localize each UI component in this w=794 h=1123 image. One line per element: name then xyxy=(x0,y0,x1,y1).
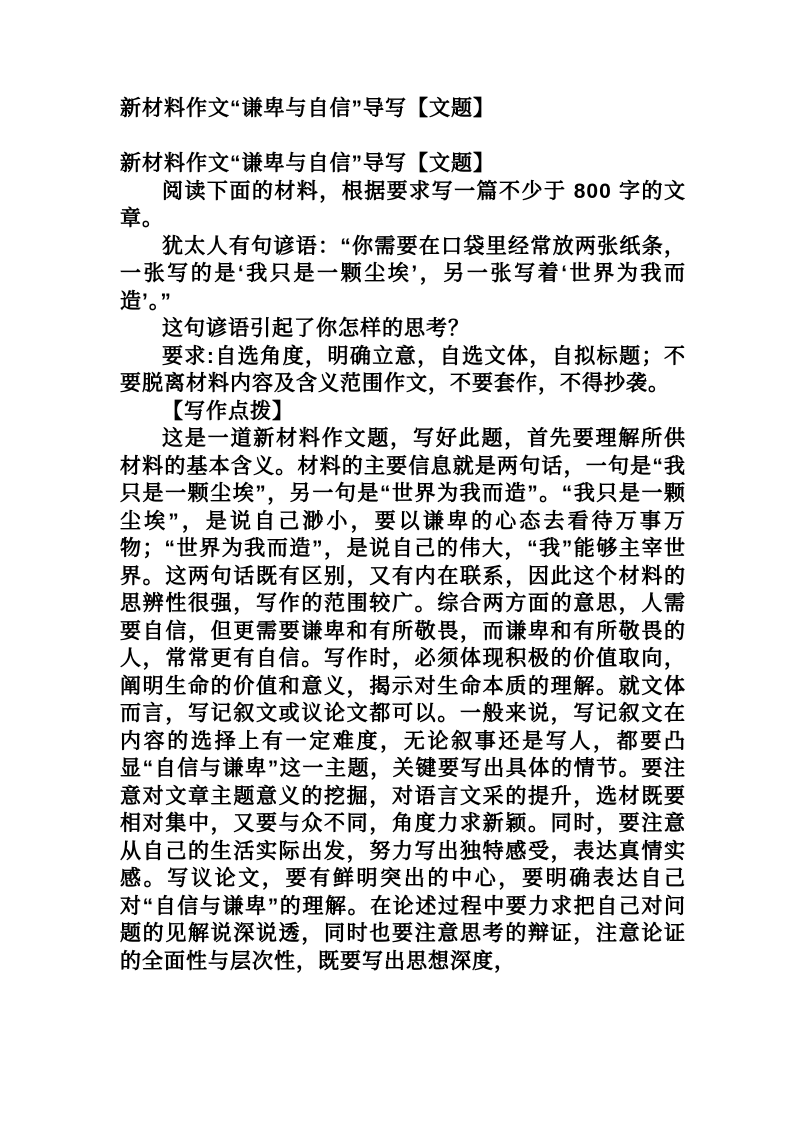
document-content: 新材料作文“谦卑与自信”导写【文题】 新材料作文“谦卑与自信”导写【文题】阅读下… xyxy=(120,95,686,975)
paragraph-requirements: 要求:自选角度，明确立意，自选文体，自拟标题；不要脱离材料内容及含义范围作文，不… xyxy=(120,343,686,398)
paragraph-list: 新材料作文“谦卑与自信”导写【文题】阅读下面的材料，根据要求写一篇不少于 800… xyxy=(120,150,686,975)
paragraph-material-proverb: 犹太人有句谚语：“你需要在口袋里经常放两张纸条，一张写的是‘我只是一颗尘埃’，另… xyxy=(120,233,686,316)
paragraph-writing-tips-body: 这是一道新材料作文题，写好此题，首先要理解所供材料的基本含义。材料的主要信息就是… xyxy=(120,425,686,975)
page-title: 新材料作文“谦卑与自信”导写【文题】 xyxy=(120,95,686,123)
paragraph-question-line: 这句谚语引起了你怎样的思考？ xyxy=(120,315,686,343)
paragraph-section-header-writing-tips: 【写作点拨】 xyxy=(120,398,686,426)
paragraph-repeated-title: 新材料作文“谦卑与自信”导写【文题】 xyxy=(120,150,686,178)
paragraph-prompt-instruction: 阅读下面的材料，根据要求写一篇不少于 800 字的文章。 xyxy=(120,178,686,233)
document-page: 新材料作文“谦卑与自信”导写【文题】 新材料作文“谦卑与自信”导写【文题】阅读下… xyxy=(0,0,794,1123)
